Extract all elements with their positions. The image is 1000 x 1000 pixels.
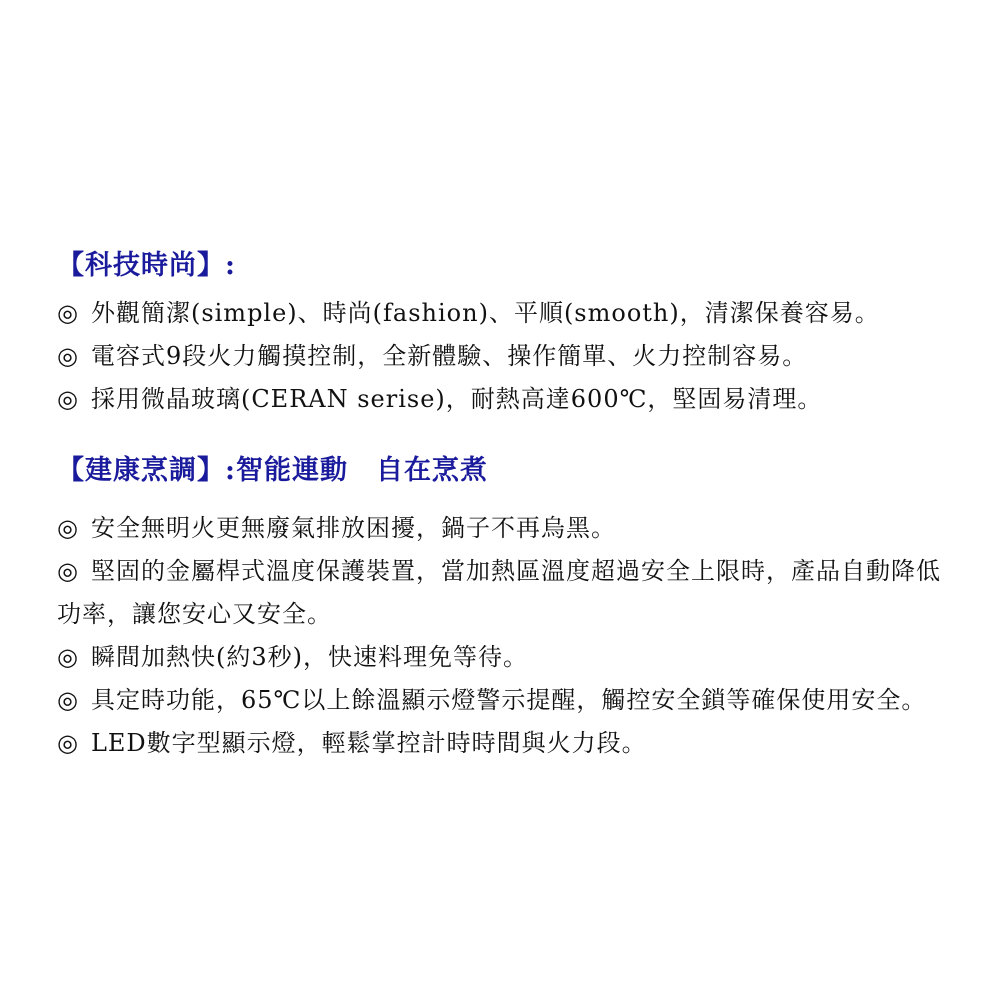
- bullseye-bullet-icon: ◎: [57, 557, 79, 585]
- bullseye-bullet-icon: ◎: [57, 729, 79, 757]
- product-description-page: 【科技時尚】: ◎外觀簡潔(simple)、時尚(fashion)、平順(smo…: [0, 0, 1000, 1000]
- feature-text: 瞬間加熱快(約3秒)，快速料理免等待。: [91, 643, 528, 671]
- feature-item: ◎堅固的金屬桿式溫度保護裝置，當加熱區溫度超過安全上限時，產品自動降低功率，讓您…: [57, 550, 952, 636]
- feature-item: ◎外觀簡潔(simple)、時尚(fashion)、平順(smooth)，清潔保…: [57, 292, 952, 335]
- feature-text: 堅固的金屬桿式溫度保護裝置，當加熱區溫度超過安全上限時，產品自動降低功率，讓您安…: [57, 557, 941, 628]
- feature-text: 外觀簡潔(simple)、時尚(fashion)、平順(smooth)，清潔保養…: [91, 299, 880, 327]
- bullseye-bullet-icon: ◎: [57, 299, 79, 327]
- feature-text: 電容式9段火力觸摸控制，全新體驗、操作簡單、火力控制容易。: [91, 342, 807, 370]
- section-heading-tech-fashion: 【科技時尚】:: [57, 248, 952, 284]
- feature-text: 安全無明火更無廢氣排放困擾，鍋子不再烏黑。: [91, 514, 616, 542]
- feature-item: ◎電容式9段火力觸摸控制，全新體驗、操作簡單、火力控制容易。: [57, 335, 952, 378]
- feature-item: ◎安全無明火更無廢氣排放困擾，鍋子不再烏黑。: [57, 507, 952, 550]
- feature-item: ◎具定時功能，65℃以上餘溫顯示燈警示提醒，觸控安全鎖等確保使用安全。: [57, 679, 952, 722]
- bullseye-bullet-icon: ◎: [57, 643, 79, 671]
- feature-item: ◎LED數字型顯示燈，輕鬆掌控計時時間與火力段。: [57, 722, 952, 765]
- feature-text: LED數字型顯示燈，輕鬆掌控計時時間與火力段。: [91, 729, 647, 757]
- feature-item: ◎採用微晶玻璃(CERAN serise)，耐熱高達600℃，堅固易清理。: [57, 378, 952, 421]
- bullseye-bullet-icon: ◎: [57, 514, 79, 542]
- bullseye-bullet-icon: ◎: [57, 385, 79, 413]
- feature-item: ◎瞬間加熱快(約3秒)，快速料理免等待。: [57, 636, 952, 679]
- feature-text: 具定時功能，65℃以上餘溫顯示燈警示提醒，觸控安全鎖等確保使用安全。: [91, 686, 926, 714]
- bullseye-bullet-icon: ◎: [57, 342, 79, 370]
- section-heading-healthy-cooking: 【建康烹調】:智能連動 自在烹煮: [57, 453, 952, 489]
- bullseye-bullet-icon: ◎: [57, 686, 79, 714]
- feature-text: 採用微晶玻璃(CERAN serise)，耐熱高達600℃，堅固易清理。: [91, 385, 822, 413]
